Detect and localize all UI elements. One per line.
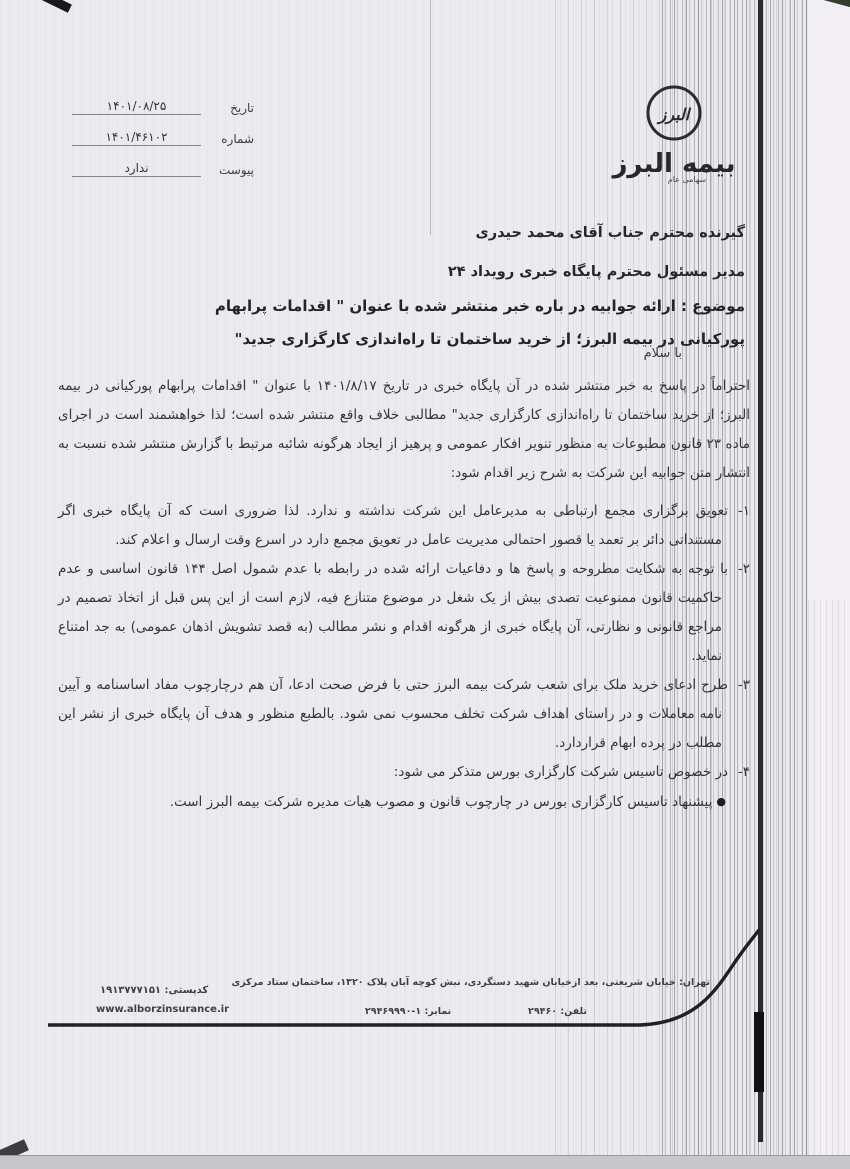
footer-address: تهران: خیابان شریعتی، بعد ازخیابان شهید … (232, 977, 710, 988)
list-item-2: ۲-با توجه به شکایت مطروحه و پاسخ ها و دف… (58, 555, 750, 671)
date-value: ۱۴۰۱/۰۸/۲۵ (72, 99, 201, 115)
meta-row-date: تاریخ ۱۴۰۱/۰۸/۲۵ (72, 84, 254, 115)
company-wordmark: بیمه البرز (598, 150, 750, 178)
scan-faint-line (430, 0, 431, 235)
recipient-name: گیرنده محترم جناب آقای محمد حیدری (125, 214, 745, 253)
scan-mark-top-right (823, 0, 850, 10)
body-numbered-list: ۱-تعویق برگزاری مجمع ارتباطی به مدیرعامل… (58, 497, 750, 817)
list-item-4: ۴-در خصوص تاسیس شرکت کارگزاری بورس متذکر… (58, 758, 750, 787)
footer-website: www.alborzinsurance.ir (96, 1004, 229, 1015)
attachment-value: ندارد (72, 161, 201, 177)
alborz-logo-icon: البرز (643, 82, 705, 148)
scanned-letter-page: { "letterhead": { "meta": { "date_label"… (0, 0, 850, 1169)
footer-phone: تلفن: ۲۹۴۶۰ (528, 1006, 587, 1017)
list-item-4-number: ۴- (728, 758, 750, 787)
list-item-3-text: طرح ادعای خرید ملک برای شعب شرکت بیمه ال… (58, 677, 728, 751)
list-item-1-number: ۱- (728, 497, 750, 526)
footer-postal-code: کدپستی: ۱۹۱۳۷۷۷۱۵۱ (100, 985, 208, 996)
list-item-3: ۳-طرح ادعای خرید ملک برای شعب شرکت بیمه … (58, 671, 750, 758)
scan-page-edge-line (758, 0, 763, 1142)
footer-fax: نمابر: ۱-۲۹۴۶۹۹۹۰ (365, 1006, 451, 1017)
scan-bottom-margin (0, 1155, 850, 1169)
meta-row-attachment: پیوست ندارد (72, 146, 254, 177)
bullet-text: پیشنهاد تاسیس کارگزاری بورس در چارچوب قا… (170, 794, 713, 810)
list-item-1-text: تعویق برگزاری مجمع ارتباطی به مدیرعامل ا… (58, 503, 728, 548)
number-value: ۱۴۰۱/۴۶۱۰۲ (72, 130, 201, 146)
scan-page-edge-thick (754, 1012, 764, 1092)
salutation: با سلام (644, 346, 682, 361)
list-item-2-number: ۲- (728, 555, 750, 584)
recipient-block: گیرنده محترم جناب آقای محمد حیدری مدیر م… (125, 214, 745, 292)
list-item-1: ۱-تعویق برگزاری مجمع ارتباطی به مدیرعامل… (58, 497, 750, 555)
list-item-3-number: ۳- (728, 671, 750, 700)
scan-mark-bottom-left (0, 1139, 29, 1165)
list-item-4-text: در خصوص تاسیس شرکت کارگزاری بورس متذکر م… (394, 764, 728, 780)
meta-row-number: شماره ۱۴۰۱/۴۶۱۰۲ (72, 115, 254, 146)
number-label: شماره (208, 132, 254, 146)
attachment-label: پیوست (208, 163, 254, 177)
letterhead-meta: تاریخ ۱۴۰۱/۰۸/۲۵ شماره ۱۴۰۱/۴۶۱۰۲ پیوست … (72, 84, 254, 177)
scan-mark-top-left (30, 0, 72, 13)
list-item-2-text: با توجه به شکایت مطروحه و پاسخ ها و دفاع… (58, 561, 728, 664)
alborz-logo: البرز بیمه البرز سهامی عام (598, 82, 750, 184)
recipient-title: مدیر مسئول محترم پایگاه خبری رویداد ۲۴ (125, 253, 745, 292)
svg-text:البرز: البرز (656, 105, 692, 125)
body-intro-paragraph: احتراماً در پاسخ به خبر منتشر شده در آن … (58, 372, 750, 488)
bullet-icon: ● (712, 795, 726, 808)
bullet-item: ●پیشنهاد تاسیس کارگزاری بورس در چارچوب ق… (58, 787, 750, 817)
scan-right-margin (806, 0, 850, 1169)
scan-streaks-margin (808, 600, 850, 1169)
date-label: تاریخ (208, 101, 254, 115)
